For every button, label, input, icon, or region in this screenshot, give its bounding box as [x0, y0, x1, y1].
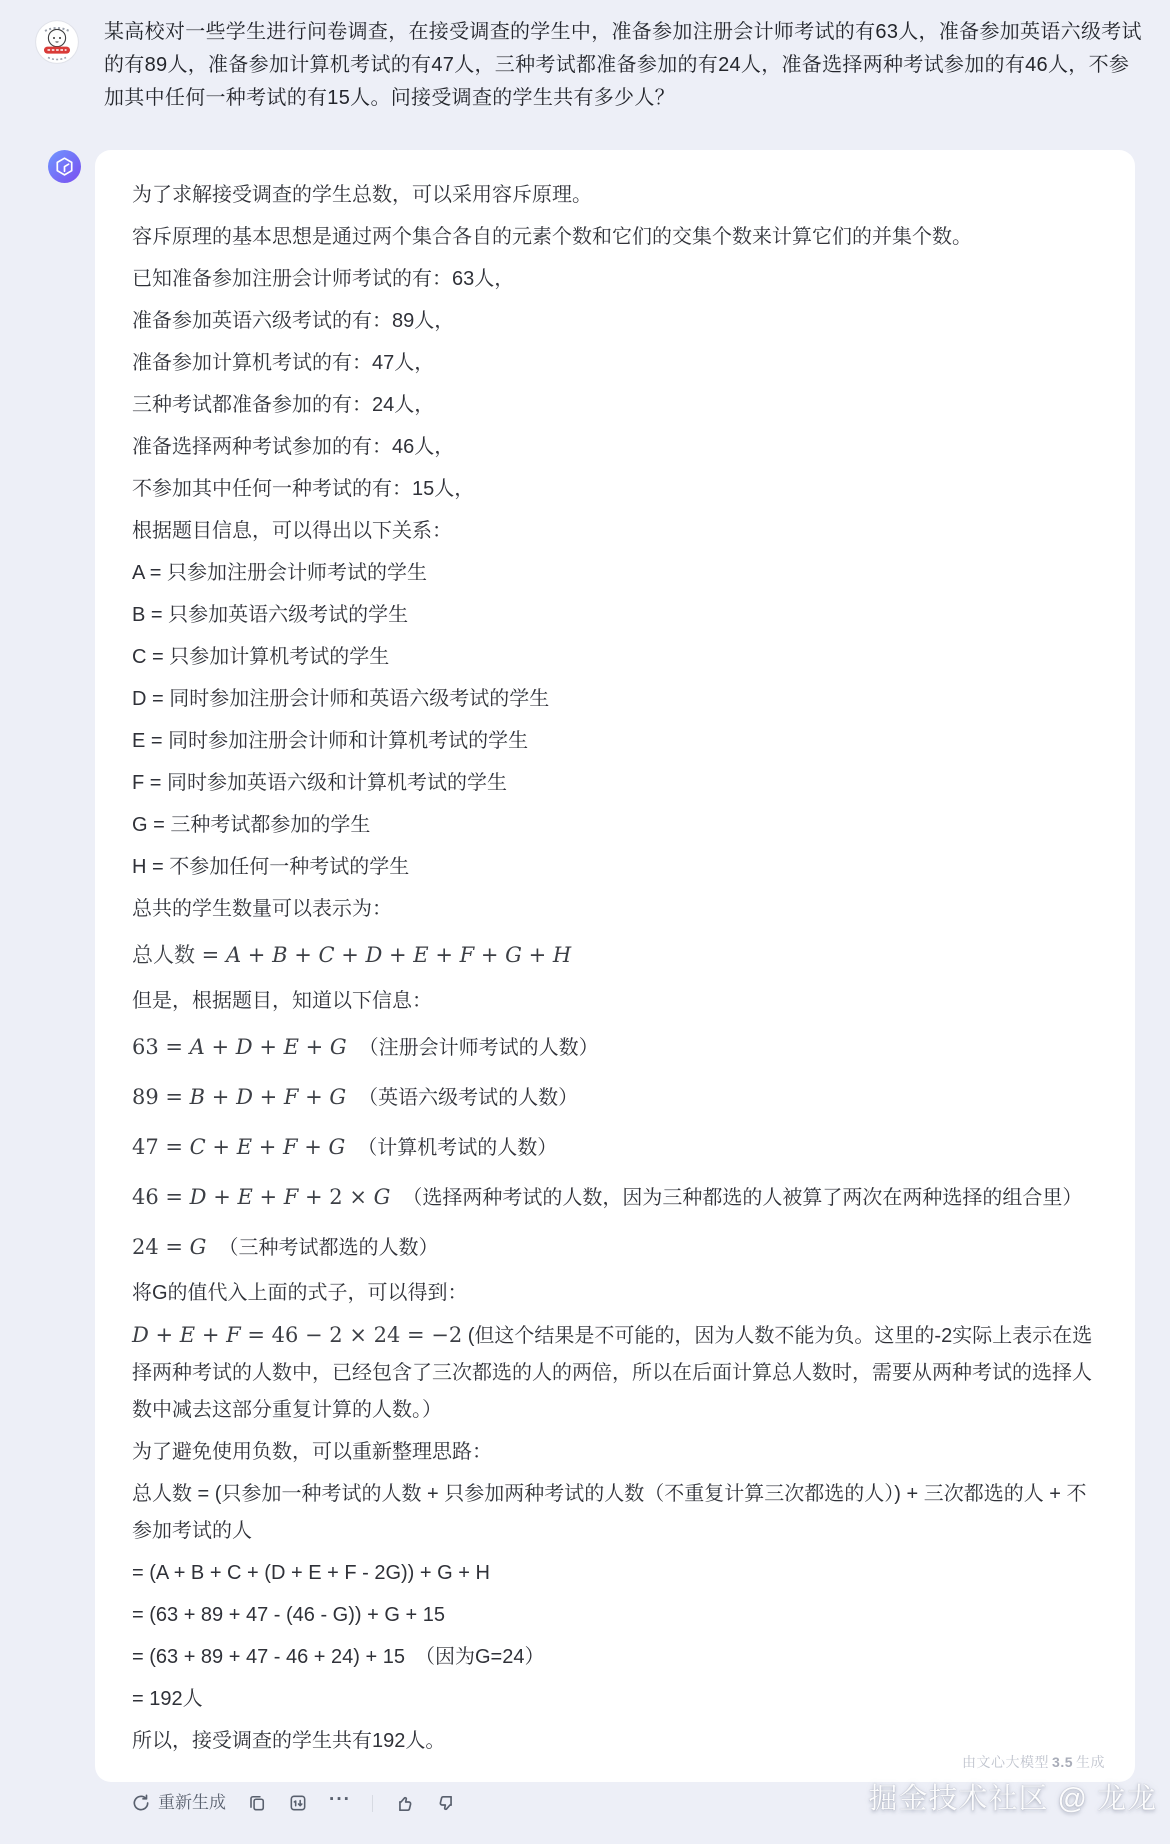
export-image-icon	[288, 1793, 308, 1813]
response-paragraph: F = 同时参加英语六级和计算机考试的学生	[132, 765, 1102, 802]
copy-button[interactable]	[247, 1793, 267, 1813]
site-watermark: 掘金技术社区 @ 龙龙	[868, 1776, 1157, 1817]
model-note-version: 3.5	[1052, 1754, 1073, 1770]
paragraph-text: F = 同时参加英语六级和计算机考试的学生	[132, 772, 507, 794]
response-paragraph: = (A + B + C + (D + E + F - 2G)) + G + H	[132, 1555, 1102, 1592]
formula-comment: （注册会计师考试的人数）	[359, 1037, 599, 1059]
response-paragraph: = (63 + 89 + 47 - (46 - G)) + G + 15	[132, 1597, 1102, 1634]
export-button[interactable]	[288, 1793, 308, 1813]
response-paragraph: 已知准备参加注册会计师考试的有：63人，	[132, 261, 1102, 298]
response-paragraph: G = 三种考试都参加的学生	[132, 807, 1102, 844]
paragraph-text: 准备选择两种考试参加的有：46人，	[132, 436, 454, 458]
response-paragraph: 根据题目信息，可以得出以下关系：	[132, 513, 1102, 550]
user-message: 某高校对一些学生进行问卷调查，在接受调查的学生中，准备参加注册会计师考试的有63…	[35, 16, 1148, 115]
user-avatar-icon	[35, 20, 79, 64]
toolbar-divider	[372, 1795, 373, 1812]
paragraph-text: 将G的值代入上面的式子，可以得到：	[132, 1282, 468, 1304]
response-paragraph: A = 只参加注册会计师考试的学生	[132, 555, 1102, 592]
response-paragraph: 所以，接受调查的学生共有192人。	[132, 1723, 1102, 1760]
response-paragraph: 63 = A + D + E + G（注册会计师考试的人数）	[132, 1025, 1102, 1070]
response-paragraph: 46 = D + E + F + 2 × G（选择两种考试的人数，因为三种都选的…	[132, 1175, 1102, 1220]
paragraph-text: 总人数 = (只参加一种考试的人数 + 只参加两种考试的人数（不重复计算三次都选…	[132, 1483, 1087, 1542]
paragraph-text: 三种考试都准备参加的有：24人，	[132, 394, 434, 416]
paragraph-text: B = 只参加英语六级考试的学生	[132, 604, 408, 626]
math-formula: 总人数 = A + B + C + D + E + F + G + H	[132, 943, 571, 967]
response-paragraph: D + E + F = 46 − 2 × 24 = −2 (但这个结果是不可能的…	[132, 1317, 1102, 1429]
more-button[interactable]: ···	[329, 1789, 351, 1817]
paragraph-text: E = 同时参加注册会计师和计算机考试的学生	[132, 730, 528, 752]
response-paragraph: = (63 + 89 + 47 - 46 + 24) + 15 （因为G=24）	[132, 1639, 1102, 1676]
response-paragraph: 准备选择两种考试参加的有：46人，	[132, 429, 1102, 466]
formula-comment: （选择两种考试的人数，因为三种都选的人被算了两次在两种选择的组合里）	[402, 1187, 1082, 1209]
answer-toolbar: 重新生成 ···	[131, 1789, 457, 1817]
response-paragraph: 三种考试都准备参加的有：24人，	[132, 387, 1102, 424]
paragraph-text: = (63 + 89 + 47 - 46 + 24) + 15 （因为G=24）	[132, 1646, 544, 1668]
refresh-icon	[131, 1793, 151, 1813]
paragraph-text: = 192人	[132, 1688, 203, 1710]
response-paragraph: B = 只参加英语六级考试的学生	[132, 597, 1102, 634]
response-paragraph: H = 不参加任何一种考试的学生	[132, 849, 1102, 886]
model-note-suffix: 生成	[1076, 1754, 1105, 1770]
paragraph-text: 总共的学生数量可以表示为：	[132, 898, 392, 920]
paragraph-text: 容斥原理的基本思想是通过两个集合各自的元素个数和它们的交集个数来计算它们的并集个…	[132, 226, 972, 248]
paragraph-text: 已知准备参加注册会计师考试的有：63人，	[132, 268, 514, 290]
paragraph-text: 准备参加英语六级考试的有：89人，	[132, 310, 454, 332]
math-formula: 46 = D + E + F + 2 × G	[132, 1185, 390, 1209]
paragraph-text: H = 不参加任何一种考试的学生	[132, 856, 409, 878]
formula-comment: （三种考试都选的人数）	[218, 1237, 438, 1259]
response-paragraph: 总人数 = (只参加一种考试的人数 + 只参加两种考试的人数（不重复计算三次都选…	[132, 1476, 1102, 1550]
response-paragraph: 不参加其中任何一种考试的有：15人，	[132, 471, 1102, 508]
thumbs-down-button[interactable]	[436, 1793, 457, 1814]
paragraph-text: 但是，根据题目，知道以下信息：	[132, 990, 432, 1012]
response-paragraph: 89 = B + D + F + G（英语六级考试的人数）	[132, 1075, 1102, 1120]
math-formula: 47 = C + E + F + G	[132, 1135, 345, 1159]
paragraph-text: 所以，接受调查的学生共有192人。	[132, 1730, 445, 1752]
paragraph-text: = (63 + 89 + 47 - (46 - G)) + G + 15	[132, 1604, 445, 1626]
paragraph-text: 为了求解接受调查的学生总数，可以采用容斥原理。	[132, 184, 592, 206]
wenxin-logo-icon	[48, 150, 81, 183]
question-text: 某高校对一些学生进行问卷调查，在接受调查的学生中，准备参加注册会计师考试的有63…	[104, 16, 1148, 115]
response-paragraph: 47 = C + E + F + G（计算机考试的人数）	[132, 1125, 1102, 1170]
model-watermark: 由文心大模型3.5生成	[962, 1752, 1105, 1772]
response-paragraph: 将G的值代入上面的式子，可以得到：	[132, 1275, 1102, 1312]
response-paragraph: E = 同时参加注册会计师和计算机考试的学生	[132, 723, 1102, 760]
response-paragraph: C = 只参加计算机考试的学生	[132, 639, 1102, 676]
answer-body: 为了求解接受调查的学生总数，可以采用容斥原理。 容斥原理的基本思想是通过两个集合…	[132, 177, 1102, 1760]
regenerate-button[interactable]: 重新生成	[131, 1789, 226, 1817]
math-formula: 89 = B + D + F + G	[132, 1085, 346, 1109]
response-paragraph: D = 同时参加注册会计师和英语六级考试的学生	[132, 681, 1102, 718]
response-paragraph: 准备参加英语六级考试的有：89人，	[132, 303, 1102, 340]
response-paragraph: 容斥原理的基本思想是通过两个集合各自的元素个数和它们的交集个数来计算它们的并集个…	[132, 219, 1102, 256]
paragraph-text: A = 只参加注册会计师考试的学生	[132, 562, 427, 584]
response-paragraph: 24 = G（三种考试都选的人数）	[132, 1225, 1102, 1270]
response-paragraph: 为了避免使用负数，可以重新整理思路：	[132, 1434, 1102, 1471]
math-formula: 63 = A + D + E + G	[132, 1035, 347, 1059]
paragraph-text: 为了避免使用负数，可以重新整理思路：	[132, 1441, 492, 1463]
copy-icon	[247, 1793, 267, 1813]
more-icon: ···	[329, 1786, 351, 1814]
response-paragraph: = 192人	[132, 1681, 1102, 1718]
response-paragraph: 为了求解接受调查的学生总数，可以采用容斥原理。	[132, 177, 1102, 214]
regenerate-label: 重新生成	[158, 1789, 226, 1817]
formula-comment: （英语六级考试的人数）	[358, 1087, 578, 1109]
math-formula: D + E + F = 46 − 2 × 24 = −2	[132, 1323, 462, 1347]
model-note-prefix: 由文心大模型	[962, 1754, 1049, 1770]
paragraph-text: D = 同时参加注册会计师和英语六级考试的学生	[132, 688, 549, 710]
paragraph-text: G = 三种考试都参加的学生	[132, 814, 370, 836]
paragraph-text: = (A + B + C + (D + E + F - 2G)) + G + H	[132, 1562, 490, 1584]
math-formula: 24 = G	[132, 1235, 206, 1259]
assistant-avatar	[48, 150, 81, 183]
thumbs-up-icon	[394, 1793, 415, 1814]
user-avatar	[35, 20, 79, 64]
thumbs-up-button[interactable]	[394, 1793, 415, 1814]
response-paragraph: 总人数 = A + B + C + D + E + F + G + H	[132, 933, 1102, 978]
response-paragraph: 准备参加计算机考试的有：47人，	[132, 345, 1102, 382]
thumbs-down-icon	[436, 1793, 457, 1814]
response-paragraph: 但是，根据题目，知道以下信息：	[132, 983, 1102, 1020]
answer-card: 为了求解接受调查的学生总数，可以采用容斥原理。 容斥原理的基本思想是通过两个集合…	[95, 150, 1135, 1782]
response-paragraph: 总共的学生数量可以表示为：	[132, 891, 1102, 928]
paragraph-text: C = 只参加计算机考试的学生	[132, 646, 389, 668]
formula-comment: （计算机考试的人数）	[357, 1137, 557, 1159]
paragraph-text: 准备参加计算机考试的有：47人，	[132, 352, 434, 374]
paragraph-text: 根据题目信息，可以得出以下关系：	[132, 520, 452, 542]
paragraph-text: 不参加其中任何一种考试的有：15人，	[132, 478, 474, 500]
